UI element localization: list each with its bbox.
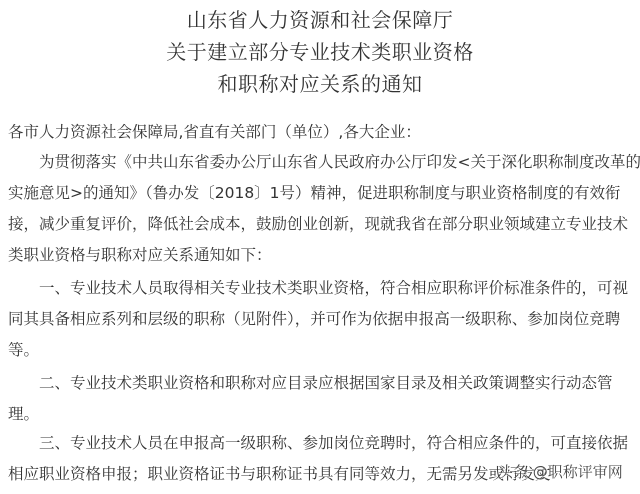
paragraph-item-1: 一、专业技术人员取得相关专业技术类职业资格，符合相应职称评价标准条件的，可视 同… [8, 273, 638, 366]
paragraph-line: 一、专业技术人员取得相关专业技术类职业资格，符合相应职称评价标准条件的，可视 [8, 273, 638, 304]
paragraph-line: 三、专业技术人员在申报高一级职称、参加岗位竞聘时，符合相应条件的，可直接依据 [8, 428, 638, 459]
document-title: 山东省人力资源和社会保障厅 关于建立部分专业技术类职业资格 和职称对应关系的通知 [0, 0, 640, 100]
title-line-subject: 关于建立部分专业技术类职业资格 [0, 36, 640, 68]
paragraph-line: 二、专业技术类职业资格和职称对应目录应根据国家目录及相关政策调整实行动态管 [8, 368, 638, 399]
paragraph-line: 接，减少重复评价，降低社会成本，鼓励创业创新，现就我省在部分职业领域建立专业技术 [8, 209, 638, 240]
paragraph-line: 理。 [8, 399, 638, 430]
paragraph-line: 实施意见>的通知》（鲁办发〔2018〕1号）精神，促进职称制度与职业资格制度的有… [8, 178, 638, 209]
paragraph-intro: 为贯彻落实《中共山东省委办公厅山东省人民政府办公厅印发<关于深化职称制度改革的 … [8, 147, 638, 271]
watermark: 头条 @职称评审网 [498, 461, 623, 482]
paragraph-line: 同其具备相应系列和层级的职称（见附件），并可作为依据申报高一级职称、参加岗位竞聘 [8, 304, 638, 335]
paragraph-item-2: 二、专业技术类职业资格和职称对应目录应根据国家目录及相关政策调整实行动态管 理。 [8, 368, 638, 430]
title-line-subject-cont: 和职称对应关系的通知 [0, 68, 640, 100]
paragraph-line: 等。 [8, 335, 638, 366]
salutation: 各市人力资源社会保障局,省直有关部门（单位）,各大企业： [8, 118, 421, 147]
paragraph-line: 类职业资格与职称对应关系通知如下： [8, 240, 638, 271]
paragraph-line: 为贯彻落实《中共山东省委办公厅山东省人民政府办公厅印发<关于深化职称制度改革的 [8, 147, 638, 178]
title-line-issuer: 山东省人力资源和社会保障厅 [0, 4, 640, 36]
notice-document: 山东省人力资源和社会保障厅 关于建立部分专业技术类职业资格 和职称对应关系的通知… [0, 0, 640, 100]
